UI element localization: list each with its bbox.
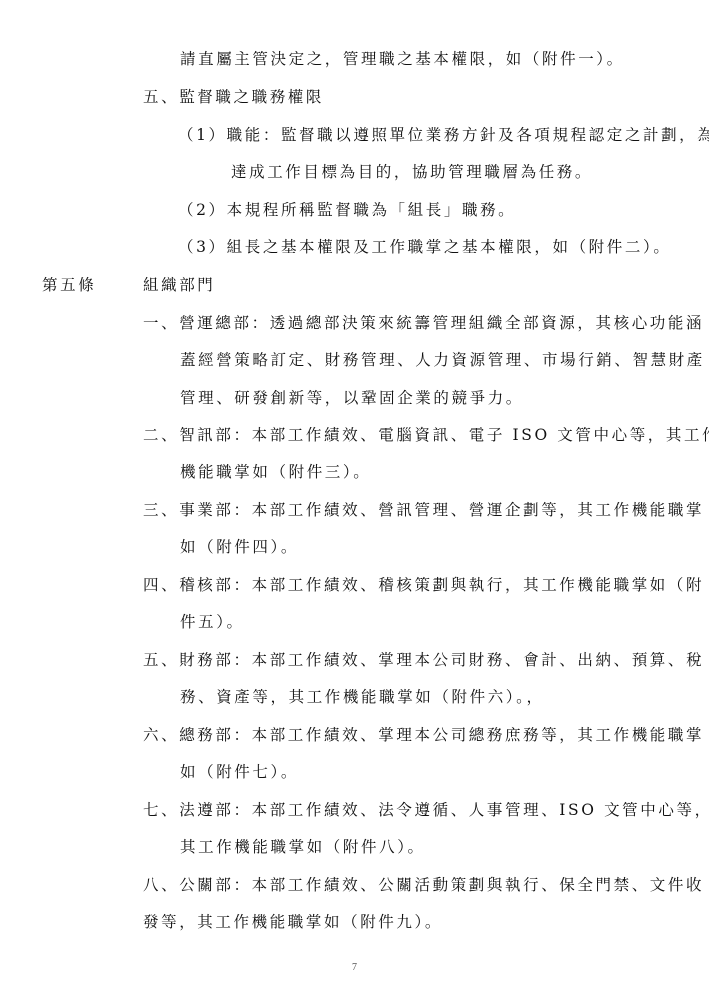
sub-item-3: （3）組長之基本權限及工作職掌之基本權限，如（附件二）。 bbox=[178, 237, 671, 257]
section-heading-supervisor-authority: 五、監督職之職務權限 bbox=[143, 87, 324, 107]
department-item-line1: 一、營運總部：透過總部決策來統籌管理組織全部資源，其核心功能涵 bbox=[143, 313, 704, 333]
department-item-line2: 如（附件七）。 bbox=[180, 762, 299, 782]
department-item-line2: 發等，其工作機能職掌如（附件九）。 bbox=[143, 912, 443, 932]
article-title: 組織部門 bbox=[143, 275, 215, 295]
department-item-line2: 件五）。 bbox=[180, 612, 245, 632]
sub-item-1-function: （1）職能：監督職以遵照單位業務方針及各項規程認定之計劃，為 bbox=[178, 125, 709, 145]
paragraph-line-permission-end: 請直屬主管決定之，管理職之基本權限，如（附件一）。 bbox=[180, 49, 625, 69]
department-item-line1: 四、稽核部：本部工作績效、稽核策劃與執行，其工作機能職掌如（附 bbox=[143, 575, 704, 595]
department-item-line1: 六、總務部：本部工作績效、掌理本公司總務庶務等，其工作機能職掌 bbox=[143, 725, 704, 745]
department-item-line3: 管理、研發創新等，以鞏固企業的競爭力。 bbox=[180, 388, 524, 408]
department-item-line2: 如（附件四）。 bbox=[180, 537, 299, 557]
sub-item-2: （2）本規程所稱監督職為「組長」職務。 bbox=[178, 200, 516, 220]
department-item-line2: 機能職掌如（附件三）。 bbox=[180, 462, 371, 482]
department-item-line1: 七、法遵部：本部工作績效、法令遵循、人事管理、ISO 文管中心等， bbox=[143, 800, 709, 820]
department-item-line2: 蓋經營策略訂定、財務管理、人力資源管理、市場行銷、智慧財產 bbox=[180, 350, 705, 370]
department-item-line2: 務、資產等，其工作機能職掌如（附件六）。， bbox=[180, 687, 545, 707]
department-item-line1: 三、事業部：本部工作績效、營訊管理、營運企劃等，其工作機能職掌 bbox=[143, 500, 704, 520]
page-number: 7 bbox=[0, 962, 709, 973]
sub-item-1-continuation: 達成工作目標為目的，協助管理職層為任務。 bbox=[231, 162, 593, 182]
article-number: 第五條 bbox=[42, 275, 96, 295]
department-item-line2: 其工作機能職掌如（附件八）。 bbox=[180, 837, 426, 857]
department-item-line1: 八、公關部：本部工作績效、公關活動策劃與執行、保全門禁、文件收 bbox=[143, 875, 704, 895]
department-item-line1: 五、財務部：本部工作績效、掌理本公司財務、會計、出納、預算、稅 bbox=[143, 650, 704, 670]
department-item-line1: 二、智訊部：本部工作績效、電腦資訊、電子 ISO 文管中心等，其工作 bbox=[143, 425, 709, 445]
